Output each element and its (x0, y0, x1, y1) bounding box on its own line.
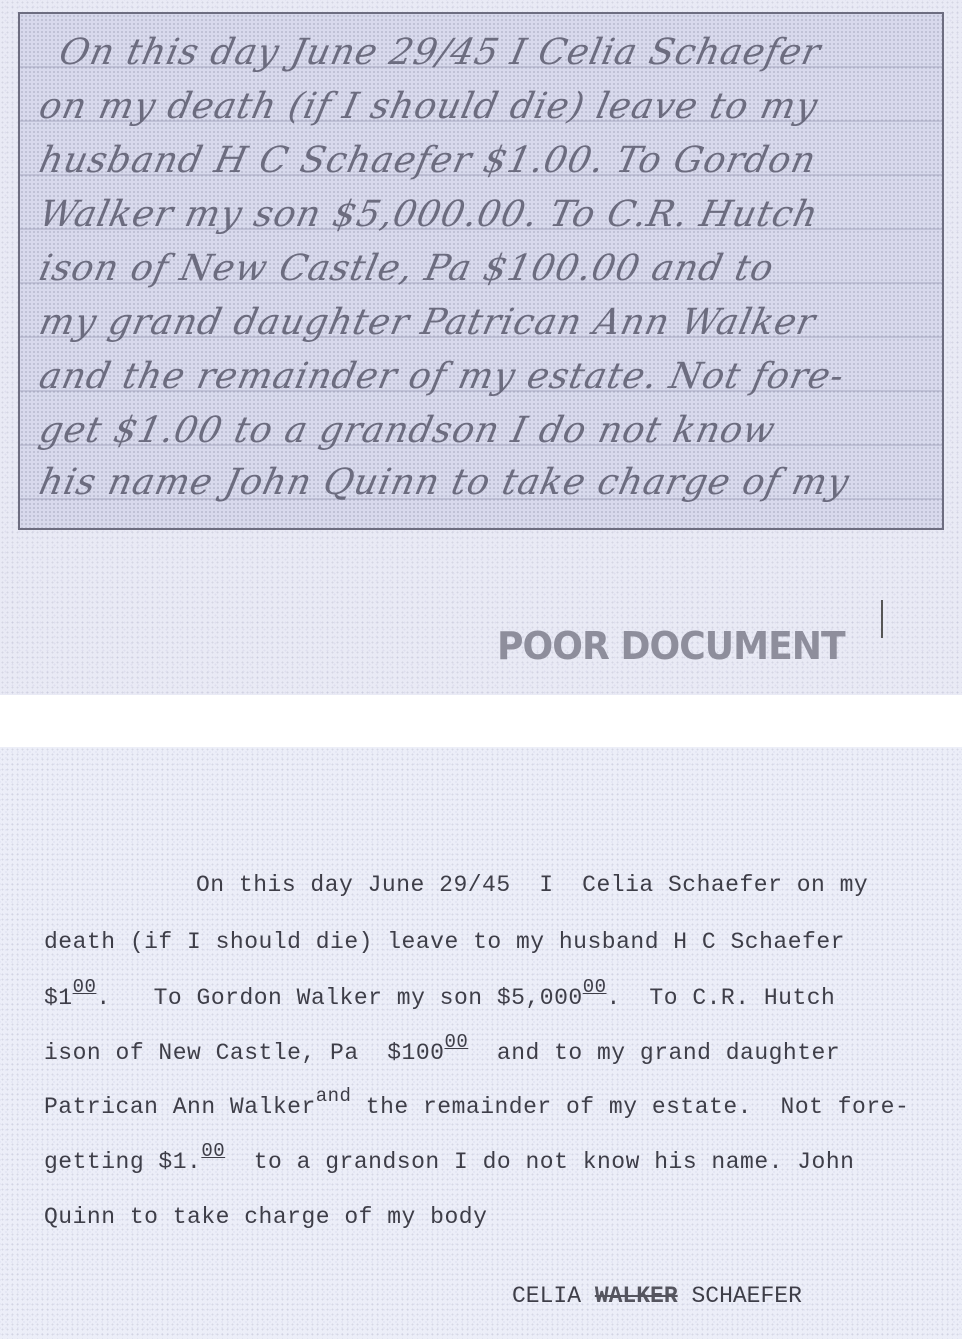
handwritten-line: get $1.00 to a grandson I do not know (36, 410, 937, 451)
typed-line-6: getting $1.00 to a grandson I do not kno… (44, 1149, 854, 1175)
handwritten-line: on my death (if I should die) leave to m… (36, 86, 937, 127)
handwritten-line: my grand daughter Patrican Ann Walker (36, 302, 937, 343)
handwritten-line: his name John Quinn to take charge of my (36, 462, 937, 503)
handwritten-line: ison of New Castle, Pa $100.00 and to (36, 248, 937, 289)
handwritten-line: On this day June 29/45 I Celia Schaefer (56, 32, 937, 73)
handwritten-line: Walker my son $5,000.00. To C.R. Hutch (36, 194, 937, 235)
handwritten-line: and the remainder of my estate. Not fore… (36, 356, 937, 397)
typed-line-4: ison of New Castle, Pa $10000 and to my … (44, 1040, 840, 1066)
handwritten-note-card: On this day June 29/45 I Celia Schaefer … (18, 12, 944, 530)
handwritten-scan: On this day June 29/45 I Celia Schaefer … (0, 0, 962, 695)
handwritten-line: husband H C Schaefer $1.00. To Gordon (36, 140, 937, 181)
poor-document-stamp: POOR DOCUMENT (497, 624, 845, 668)
typed-line-3: $100. To Gordon Walker my son $5,00000. … (44, 985, 835, 1011)
typed-line-2: death (if I should die) leave to my husb… (44, 929, 845, 955)
scan-mark (881, 600, 883, 638)
struck-name: WALKER (595, 1283, 678, 1309)
typed-line-7: Quinn to take charge of my body (44, 1204, 487, 1230)
typed-line-1: On this day June 29/45 I Celia Schaefer … (196, 872, 868, 898)
typed-line-5: Patrican Ann Walkerand the remainder of … (44, 1094, 909, 1120)
typed-signature: CELIA WALKER SCHAEFER (512, 1283, 802, 1309)
